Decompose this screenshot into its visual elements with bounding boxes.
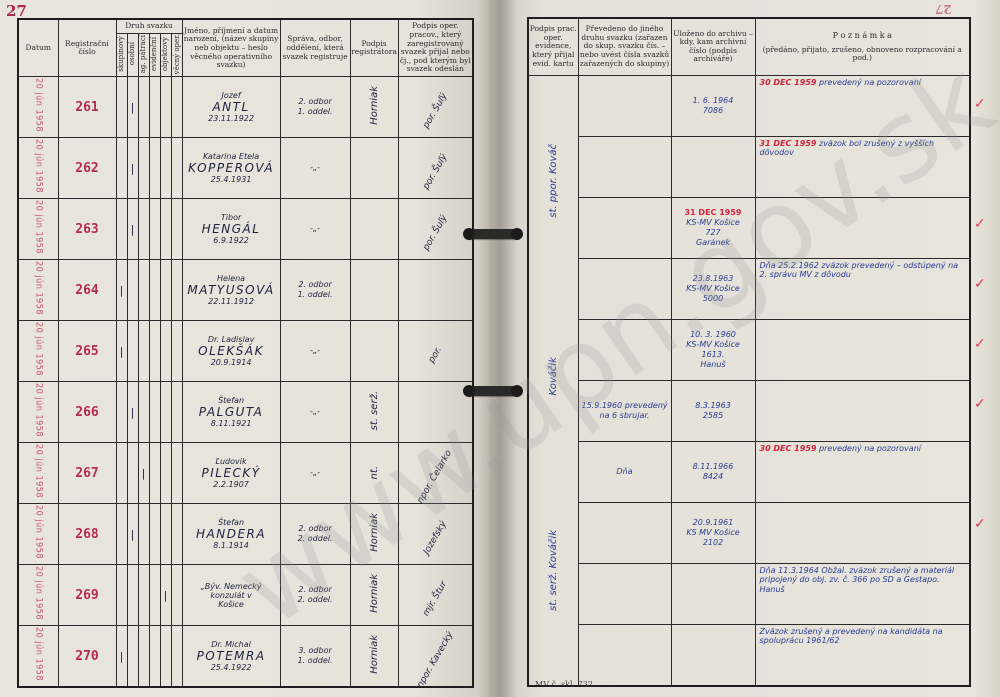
check-mark-icon: ✓ [974,276,986,292]
sprava-line: 2. odbor [281,524,350,534]
table-row: Zväzok zrušený a prevedený na kandidáta … [528,624,970,686]
date-cell: 20 jún 1958 [18,443,58,504]
druh-mark [160,138,171,199]
table-row: Dňa 11.3.1964 Obžal. zväzok zrušený a ma… [528,563,970,624]
last-name: PALGUTA [183,406,280,420]
birth-date: 22.11.1912 [183,297,280,306]
druh-mark: | [127,504,138,565]
sprava-line: 2. odbor [281,280,350,290]
date-cell: 20 jún 1958 [18,504,58,565]
registrar-signature-cell [350,138,398,199]
ulozeno-line: 5000 [672,294,755,304]
registrar-signature-cell: Horniak [350,565,398,626]
reg-number: 262 [58,138,116,199]
poznamka-text: Zväzok zrušený a prevedený na kandidáta … [760,627,943,646]
date-stamp: 20 jún 1958 [33,444,43,498]
table-row: 20 jún 1958264| Helena MATYUSOVÁ 22.11.1… [18,260,473,321]
ulozeno-line: 1613. [672,350,755,360]
header-druh-2: ag. pátrací [138,33,149,77]
druh-mark [127,321,138,382]
ulozeno-line: 2585 [672,411,755,421]
header-druh-0: skupinový [116,33,127,77]
date-stamp: 20 jún 1958 [33,627,43,681]
druh-mark [116,382,127,443]
name-cell: Ľudovik PILECKÝ 2.2.1907 [182,443,280,504]
officer-signature-cell [398,382,473,443]
druh-label: evidenční [150,37,158,71]
prevedeno-cell: Dňa [578,441,671,502]
druh-mark [149,138,160,199]
druh-mark [160,626,171,688]
officer-signature-cell [398,260,473,321]
date-stamp: 31 DEC 1959 [760,139,817,148]
registrar-signature: Horniak [369,513,380,552]
druh-mark [127,565,138,626]
header-podpis-prac: Podpis prac. oper. evidence, který přija… [528,18,578,75]
druh-mark [116,504,127,565]
evidence-signature: Kováčik [548,357,559,395]
header-druh-svazku: Druh svazku [116,19,182,33]
table-row: 20 jún 1958269| „Býv. Nemecký konzulát v… [18,565,473,626]
sprava-cell: -„- [280,443,350,504]
druh-mark [138,382,149,443]
registrar-signature: st. serž. [369,391,380,430]
birth-date: 25.4.1931 [183,175,280,184]
header-podpis-registratora: Podpis registrátora [350,19,398,77]
sprava-line: 2. odbor [281,97,350,107]
name-cell: Katarina Etela KOPPEROVÁ 25.4.1931 [182,138,280,199]
registrar-signature-cell: Horniak [350,504,398,565]
last-name: HANDERA [183,528,280,542]
table-row: 31 DEC 1959KS-MV Košice727Garánek [528,197,970,258]
sprava-cell: 2. odbor1. oddel. [280,77,350,138]
officer-signature-cell: npor. Kavecký [398,626,473,688]
birth-date: 8.11.1921 [183,419,280,428]
header-druh-5: věcný oper. [171,33,182,77]
date-stamp: 20 jún 1958 [33,505,43,559]
last-name: ANTL [183,101,280,115]
ledger-spread: 27 27 MV č. skl. 732 Datum Registrační č… [0,0,1000,697]
prevedeno-cell [578,136,671,197]
birth-date: 6.9.1922 [183,236,280,245]
name-cell: Tibor HENGÁL 6.9.1922 [182,199,280,260]
druh-mark [127,260,138,321]
poznamka-cell [755,319,970,380]
ulozeno-line: 8.3.1963 [672,401,755,411]
date-cell: 20 jún 1958 [18,626,58,688]
table-row: 20.9.1961KS MV Košice2102 [528,502,970,563]
officer-signature: por. Šuľý [421,153,449,192]
ulozeno-line: 20.9.1961 [672,518,755,528]
sprava-cell: -„- [280,138,350,199]
check-mark-icon: ✓ [974,516,986,532]
druh-mark [160,321,171,382]
date-cell: 20 jún 1958 [18,199,58,260]
ulozeno-cell: 31 DEC 1959KS-MV Košice727Garánek [671,197,755,258]
ulozeno-cell: 1. 6. 19647086 [671,75,755,136]
reg-number: 267 [58,443,116,504]
check-mark-icon: ✓ [974,336,986,352]
officer-signature-cell: npor. Čelarko [398,443,473,504]
ulozeno-line: 7086 [672,106,755,116]
evidence-signature-cell: st. ppor. KováčKováčikst. serž. Kováčik [528,75,578,686]
officer-signature-cell: Jozefský [398,504,473,565]
poznamka-cell: 30 DEC 1959 prevedený na pozorovaní [755,75,970,136]
date-cell: 20 jún 1958 [18,260,58,321]
name-cell: „Býv. Nemecký konzulát v Košice [182,565,280,626]
header-druh-3: evidenční [149,33,160,77]
poznamka-cell [755,502,970,563]
table-row: 20 jún 1958267| Ľudovik PILECKÝ 2.2.1907… [18,443,473,504]
druh-mark [116,199,127,260]
sprava-line: 1. oddel. [281,107,350,117]
poznamka-subtitle: (předáno, přijato, zrušeno, obnoveno roz… [756,46,970,63]
ulozeno-cell: 10. 3. 1960KS-MV Košice1613.Hanuš [671,319,755,380]
druh-mark [171,199,182,260]
poznamka-cell [755,380,970,441]
date-stamp: 30 DEC 1959 [760,444,817,453]
ulozeno-line: 23.8.1963 [672,274,755,284]
prevedeno-cell: 15.9.1960 prevedený na 6 sbrujar. [578,380,671,441]
druh-mark [127,443,138,504]
last-name: HENGÁL [183,223,280,237]
date-stamp: 20 jún 1958 [33,566,43,620]
sprava-line: -„- [281,407,350,417]
registrar-signature-cell: st. serž. [350,382,398,443]
birth-date: 20.9.1914 [183,358,280,367]
table-row: 15.9.1960 prevedený na 6 sbrujar.8.3.196… [528,380,970,441]
officer-signature-cell: por. Šuľý [398,138,473,199]
ulozeno-line: 10. 3. 1960 [672,330,755,340]
druh-mark [160,199,171,260]
poznamka-cell: 31 DEC 1959 zväzok bol zrušený z vyšších… [755,136,970,197]
last-name: MATYUSOVÁ [183,284,280,298]
date-stamp: 20 jún 1958 [33,383,43,437]
druh-mark: | [116,260,127,321]
first-name: „Býv. Nemecký konzulát v [183,582,280,600]
poznamka-title: P o z n á m k a [756,31,970,40]
check-mark-icon: ✓ [974,396,986,412]
druh-mark [138,260,149,321]
header-reg-cislo: Registrační číslo [58,19,116,77]
birth-date: 2.2.1907 [183,480,280,489]
reg-number: 268 [58,504,116,565]
sprava-cell: -„- [280,382,350,443]
prevedeno-cell [578,624,671,686]
header-sprava: Správa, odbor, oddělení, která svazek re… [280,19,350,77]
druh-mark [116,138,127,199]
druh-mark [138,199,149,260]
druh-mark [138,321,149,382]
druh-mark [171,443,182,504]
date-stamp: 30 DEC 1959 [760,78,817,87]
check-mark-icon: ✓ [974,216,986,232]
archive-table: Podpis prac. oper. evidence, který přija… [527,17,971,687]
header-prevedeno: Převedeno do jiného druhu svazku (zařaze… [578,18,671,75]
druh-mark [160,382,171,443]
druh-mark: | [127,77,138,138]
druh-mark [116,565,127,626]
name-cell: Helena MATYUSOVÁ 22.11.1912 [182,260,280,321]
ulozeno-line: Hanuš [672,360,755,370]
officer-signature: Jozefský [422,520,449,557]
registration-table: Datum Registrační číslo Druh svazku Jmén… [17,18,474,688]
table-row: 20 jún 1958262| Katarina Etela KOPPEROVÁ… [18,138,473,199]
last-name: KOPPEROVÁ [183,162,280,176]
druh-mark [171,382,182,443]
registrar-signature: Horniak [369,86,380,125]
prevedeno-cell [578,258,671,319]
date-stamp: 20 jún 1958 [33,261,43,315]
sprava-line: -„- [281,163,350,173]
name-cell: Dr. Ladislav OLEKŠÁK 20.9.1914 [182,321,280,382]
druh-mark: | [138,443,149,504]
druh-label: ag. pátrací [139,35,147,73]
date-stamp: 20 jún 1958 [33,139,43,193]
officer-signature: por. Šuľý [421,92,449,131]
registrar-signature-cell [350,199,398,260]
header-jmeno: Jméno, příjmení a datum narození, (název… [182,19,280,77]
druh-mark [116,77,127,138]
druh-mark [171,504,182,565]
reg-number: 264 [58,260,116,321]
ulozeno-cell [671,624,755,686]
registrar-signature-cell: nt. [350,443,398,504]
registrar-signature-cell: Horniak [350,77,398,138]
sprava-cell: 2. odbor2. oddel. [280,504,350,565]
evidence-signature: st. serž. Kováčik [548,530,559,611]
reg-number: 266 [58,382,116,443]
druh-mark [149,565,160,626]
prevedeno-cell [578,502,671,563]
ulozeno-cell: 8.3.19632585 [671,380,755,441]
druh-mark [149,199,160,260]
birth-date: 8.1.1914 [183,541,280,550]
sprava-cell: 3. odbor1. oddel. [280,626,350,688]
druh-mark: | [160,565,171,626]
druh-mark [116,443,127,504]
druh-label: objektový [161,37,169,71]
registrar-signature: nt. [369,466,380,479]
reg-number: 265 [58,321,116,382]
druh-label: skupinový [117,36,125,72]
druh-label: věcný oper. [173,34,181,74]
ulozeno-cell [671,563,755,624]
header-druh-1: osobní [127,33,138,77]
sprava-cell: 2. odbor1. oddel. [280,260,350,321]
druh-mark [138,626,149,688]
druh-mark [160,260,171,321]
date-cell: 20 jún 1958 [18,138,58,199]
poznamka-text: Dňa 25.2.1962 zväzok prevedený – odstúpe… [760,261,959,280]
table-row: 20 jún 1958261| Jozef ANTL 23.11.19222. … [18,77,473,138]
date-stamp: 20 jún 1958 [33,200,43,254]
ulozeno-cell [671,136,755,197]
registrar-signature-cell [350,321,398,382]
date-stamp: 20 jún 1958 [33,78,43,132]
druh-mark [149,626,160,688]
header-ulozeno: Uloženo do archivu – kdy, kam archivní č… [671,18,755,75]
table-row: 31 DEC 1959 zväzok bol zrušený z vyšších… [528,136,970,197]
sprava-line: 2. odbor [281,585,350,595]
officer-signature-cell: por. Šuľý [398,77,473,138]
ulozeno-line: KS-MV Košice [672,284,755,294]
druh-mark [160,504,171,565]
table-row: 20 jún 1958265| Dr. Ladislav OLEKŠÁK 20.… [18,321,473,382]
name-cell: Štefan PALGUTA 8.11.1921 [182,382,280,443]
reg-number: 269 [58,565,116,626]
header-druh-4: objektový [160,33,171,77]
date-cell: 20 jún 1958 [18,382,58,443]
poznamka-cell: Zväzok zrušený a prevedený na kandidáta … [755,624,970,686]
reg-number: 263 [58,199,116,260]
officer-signature: por. Šuľý [421,214,449,253]
table-row: 20 jún 1958263| Tibor HENGÁL 6.9.1922-„-… [18,199,473,260]
ulozeno-line: 1. 6. 1964 [672,96,755,106]
last-name: POTEMRA [183,650,280,664]
druh-label: osobní [128,42,136,65]
birth-date: 23.11.1922 [183,114,280,123]
druh-mark [149,443,160,504]
sprava-line: 2. oddel. [281,595,350,605]
reg-number: 270 [58,626,116,688]
sprava-line: 1. oddel. [281,656,350,666]
page-number-right: 27 [935,2,952,16]
date-cell: 20 jún 1958 [18,77,58,138]
poznamka-cell: Dňa 11.3.1964 Obžal. zväzok zrušený a ma… [755,563,970,624]
ulozeno-line: 8.11.1966 [672,462,755,472]
druh-mark [171,77,182,138]
birth-date: 25.4.1922 [183,663,280,672]
druh-mark [138,77,149,138]
check-mark-icon: ✓ [974,96,986,112]
sprava-line: 1. oddel. [281,290,350,300]
ulozeno-line: KS-MV Košice [672,340,755,350]
poznamka-cell: Dňa 25.2.1962 zväzok prevedený – odstúpe… [755,258,970,319]
sprava-cell: 2. odbor2. oddel. [280,565,350,626]
ulozeno-cell: 8.11.19668424 [671,441,755,502]
ulozeno-line: 727 [672,228,755,238]
ulozeno-line: 2102 [672,538,755,548]
sprava-cell: -„- [280,199,350,260]
druh-mark [171,626,182,688]
druh-mark [149,382,160,443]
sprava-line: 3. odbor [281,646,350,656]
officer-signature-cell: mjr. Štur [398,565,473,626]
ulozeno-line: Garánek [672,238,755,248]
last-name: OLEKŠÁK [183,345,280,359]
druh-mark [138,504,149,565]
druh-mark [127,626,138,688]
book-gutter [478,0,518,697]
officer-signature: npor. Čelarko [416,449,455,506]
druh-mark [149,260,160,321]
sprava-line: -„- [281,346,350,356]
registrar-signature-cell [350,260,398,321]
table-row: 20 jún 1958266| Štefan PALGUTA 8.11.1921… [18,382,473,443]
ulozeno-line: 8424 [672,472,755,482]
poznamka-text: Dňa 11.3.1964 Obžal. zväzok zrušený a ma… [760,566,955,594]
ulozeno-line: KS MV Košice [672,528,755,538]
druh-mark: | [116,626,127,688]
druh-mark: | [116,321,127,382]
sprava-line: -„- [281,224,350,234]
druh-mark [138,565,149,626]
name-cell: Dr. Michal POTEMRA 25.4.1922 [182,626,280,688]
druh-mark [171,138,182,199]
druh-mark [171,321,182,382]
table-row: 10. 3. 1960KS-MV Košice1613.Hanuš [528,319,970,380]
registrar-signature: Horniak [369,635,380,674]
druh-mark [138,138,149,199]
ulozeno-cell: 20.9.1961KS MV Košice2102 [671,502,755,563]
birth-date: Košice [183,600,280,609]
poznamka-cell: 30 DEC 1959 prevedený na pozorovaní [755,441,970,502]
table-row: st. ppor. KováčKováčikst. serž. Kováčik1… [528,75,970,136]
sprava-line: 2. oddel. [281,534,350,544]
reg-number: 261 [58,77,116,138]
header-podpis-oper: Podpis oper. pracov., který zaregistrova… [398,19,473,77]
ulozeno-cell: 23.8.1963KS-MV Košice5000 [671,258,755,319]
druh-mark: | [127,138,138,199]
table-row: 23.8.1963KS-MV Košice5000 Dňa 25.2.1962 … [528,258,970,319]
officer-signature: npor. Kavecký [415,630,455,690]
date-stamp: 20 jún 1958 [33,322,43,376]
evidence-signature: st. ppor. Kováč [548,144,559,218]
druh-mark [171,565,182,626]
registrar-signature: Horniak [369,574,380,613]
name-cell: Jozef ANTL 23.11.1922 [182,77,280,138]
druh-mark [160,443,171,504]
druh-mark [149,321,160,382]
poznamka-text: prevedený na pozorovaní [819,78,921,87]
ulozeno-line: 31 DEC 1959 [672,208,755,218]
prevedeno-cell [578,563,671,624]
registrar-signature-cell: Horniak [350,626,398,688]
officer-signature-cell: por. Šuľý [398,199,473,260]
table-row: Dňa8.11.19668424 30 DEC 1959 prevedený n… [528,441,970,502]
sprava-cell: -„- [280,321,350,382]
table-row: 20 jún 1958268| Štefan HANDERA 8.1.19142… [18,504,473,565]
poznamka-text: prevedený na pozorovaní [819,444,921,453]
druh-mark: | [127,382,138,443]
header-datum: Datum [18,19,58,77]
header-poznamka: P o z n á m k a (předáno, přijato, zruše… [755,18,970,75]
date-cell: 20 jún 1958 [18,565,58,626]
druh-mark [149,504,160,565]
druh-mark [149,77,160,138]
sprava-line: -„- [281,468,350,478]
druh-mark [160,77,171,138]
table-row: 20 jún 1958270| Dr. Michal POTEMRA 25.4.… [18,626,473,688]
ulozeno-line: KS-MV Košice [672,218,755,228]
druh-mark [171,260,182,321]
prevedeno-cell [578,197,671,258]
officer-signature-cell: por. [398,321,473,382]
name-cell: Štefan HANDERA 8.1.1914 [182,504,280,565]
officer-signature: por. [427,345,444,365]
poznamka-cell [755,197,970,258]
officer-signature: mjr. Štur [421,580,449,618]
date-cell: 20 jún 1958 [18,321,58,382]
druh-mark: | [127,199,138,260]
prevedeno-cell [578,319,671,380]
prevedeno-cell [578,75,671,136]
last-name: PILECKÝ [183,467,280,481]
